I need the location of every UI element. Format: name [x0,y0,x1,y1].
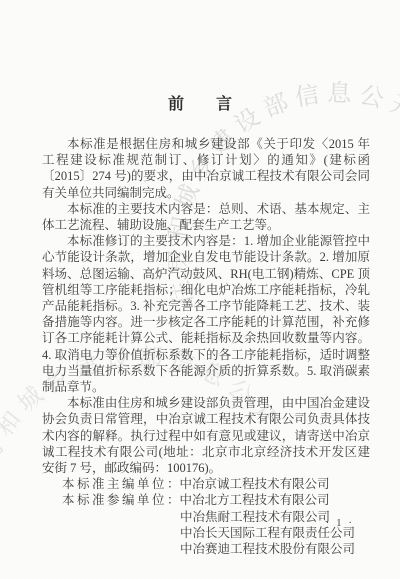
chief-editor-row: 本标准主编单位：中冶京诚工程技术有限公司 [42,476,370,492]
participating-unit-row: 中冶赛迪工程技术股份有限公司 [42,541,370,557]
document-page: 住房和城乡建设部信息公开 住房和城乡建设部信息公开 前 言 本标准是根据住房和城… [0,0,400,579]
foreword-paragraph-2: 本标准的主要技术内容是：总则、术语、基本规定、主体工艺流程、辅助设施、配套生产工… [42,201,370,233]
label-colon: ： [167,492,180,508]
participating-unit: 中冶焦耐工程技术有限公司 [180,509,330,525]
foreword-paragraph-4: 本标准由住房和城乡建设部负责管理，由中国冶金建设协会负责日常管理，中冶京诚工程技… [42,395,370,476]
editing-units: 本标准主编单位：中冶京诚工程技术有限公司 本标准参编单位：中冶北方工程技术有限公… [42,476,370,557]
foreword-body: 本标准是根据住房和城乡建设部《关于印发〈2015 年工程建设标准规范制订、修订计… [42,136,370,557]
page-number: · 1 · [326,517,354,529]
participating-editor-row: 本标准参编单位：中冶北方工程技术有限公司 [42,492,370,508]
participating-unit: 中冶北方工程技术有限公司 [180,492,330,508]
participating-unit-row: 中冶焦耐工程技术有限公司 [42,509,370,525]
participating-editor-label: 本标准参编单位 [62,492,167,508]
participating-unit: 中冶赛迪工程技术股份有限公司 [180,541,355,557]
chief-editor-label: 本标准主编单位 [62,476,167,492]
participating-unit-row: 中冶长天国际工程有限责任公司 [42,525,370,541]
chief-editor-unit: 中冶京诚工程技术有限公司 [180,476,330,492]
label-colon: ： [167,476,180,492]
page-title: 前 言 [0,91,400,114]
foreword-paragraph-3: 本标准修订的主要技术内容是：1. 增加企业能源管控中心节能设计条款，增加企业自发… [42,233,370,395]
foreword-paragraph-1: 本标准是根据住房和城乡建设部《关于印发〈2015 年工程建设标准规范制订、修订计… [42,136,370,201]
